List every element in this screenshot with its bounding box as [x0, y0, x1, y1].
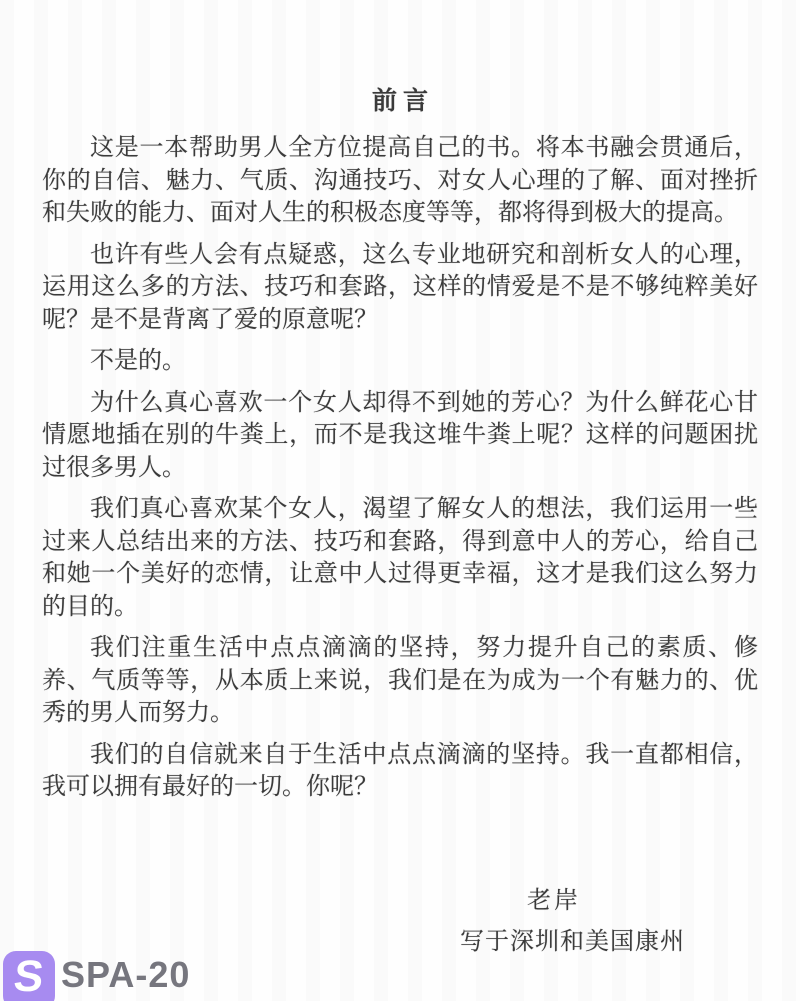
signature-location: 写于深圳和美国康州 — [460, 921, 685, 956]
paragraph-3: 不是的。 — [42, 345, 758, 378]
document-page: 前言 这是一本帮助男人全方位提高自己的书。将本书融会贯通后，你的自信、魅力、气质… — [0, 0, 800, 1001]
spa-logo-icon: S — [3, 951, 55, 1001]
paragraph-4: 为什么真心喜欢一个女人却得不到她的芳心？为什么鲜花心甘情愿地插在别的牛粪上，而不… — [42, 387, 758, 485]
spa-logo-letter: S — [12, 951, 47, 1001]
paragraph-7: 我们的自信就来自于生活中点点滴滴的坚持。我一直都相信，我可以拥有最好的一切。你呢… — [42, 739, 758, 804]
watermark-label: SPA-20 — [61, 956, 190, 994]
paragraph-6: 我们注重生活中点点滴滴的坚持，努力提升自己的素质、修养、气质等等，从本质上来说，… — [42, 632, 758, 730]
paragraph-2: 也许有些人会有点疑惑，这么专业地研究和剖析女人的心理，运用这么多的方法、技巧和套… — [42, 239, 758, 337]
paragraph-5: 我们真心喜欢某个女人，渴望了解女人的想法，我们运用一些过来人总结出来的方法、技巧… — [42, 493, 758, 623]
preface-body: 这是一本帮助男人全方位提高自己的书。将本书融会贯通后，你的自信、魅力、气质、沟通… — [42, 132, 758, 813]
author-name: 老岸 — [527, 880, 581, 915]
paragraph-1: 这是一本帮助男人全方位提高自己的书。将本书融会贯通后，你的自信、魅力、气质、沟通… — [42, 132, 758, 230]
page-title: 前言 — [0, 81, 800, 117]
